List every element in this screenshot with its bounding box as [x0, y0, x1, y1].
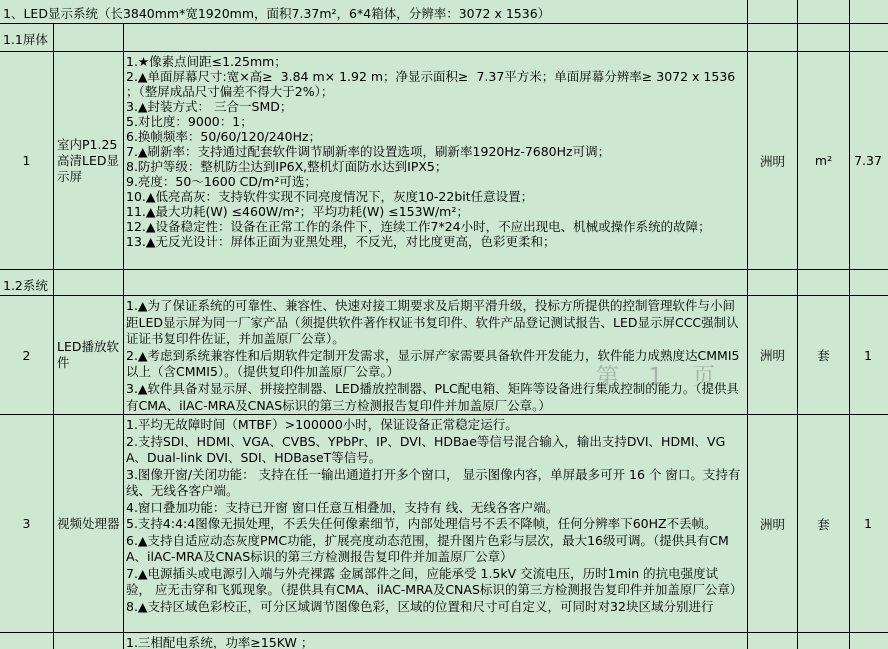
- empty-cell: [124, 24, 748, 51]
- empty-cell: [798, 633, 850, 649]
- empty-cell: [748, 633, 798, 649]
- table-row-section-2: 1.2系统: [0, 270, 888, 296]
- item-2-brand: 洲明: [748, 296, 798, 414]
- item-2-spec: 1.▲为了保证系统的可靠性、兼容性、快速对接工期要求及后期平滑升级，投标方所提供…: [124, 296, 748, 414]
- empty-cell: [798, 270, 850, 295]
- item-2-qty: 1: [850, 296, 886, 414]
- item-1-brand: 洲明: [748, 52, 798, 269]
- empty-cell: [54, 270, 124, 295]
- item-2-unit: 套: [798, 296, 850, 414]
- item-1-spec: 1.★像素点间距≤1.25mm； 2.▲单面屏幕尺寸:宽×高≥ 3.84 m× …: [124, 52, 748, 269]
- empty-cell: [798, 0, 850, 23]
- section-2-label: 1.2系统: [0, 270, 54, 295]
- table-row-item-3: 3 视频处理器 1.平均无故障时间（MTBF）>100000小时，保证设备正常稳…: [0, 415, 888, 633]
- item-1-no: 1: [0, 52, 54, 269]
- item-2-no: 2: [0, 296, 54, 414]
- table-row-item-1: 1 室内P1.25高清LED显示屏 1.★像素点间距≤1.25mm； 2.▲单面…: [0, 52, 888, 270]
- item-3-name: 视频处理器: [54, 415, 124, 632]
- empty-cell: [798, 24, 850, 51]
- empty-cell: [54, 633, 124, 649]
- empty-cell: [748, 270, 798, 295]
- empty-cell: [850, 270, 886, 295]
- item-1-name: 室内P1.25高清LED显示屏: [54, 52, 124, 269]
- table-row-item-4-partial: 1.三相配电系统，功率≥15KW ；: [0, 633, 888, 649]
- spec-table: 1、LED显示系统（长3840mm*宽1920mm，面积7.37m²，6*4箱体…: [0, 0, 888, 649]
- item-3-spec: 1.平均无故障时间（MTBF）>100000小时，保证设备正常稳定运行。 2.支…: [124, 415, 748, 632]
- item-4-spec: 1.三相配电系统，功率≥15KW ；: [124, 633, 748, 649]
- empty-cell: [850, 633, 886, 649]
- table-row-section-1: 1.1屏体: [0, 24, 888, 52]
- tender-spec-document: 第 1 页 1、LED显示系统（长3840mm*宽1920mm，面积7.37m²…: [0, 0, 888, 649]
- item-3-no: 3: [0, 415, 54, 632]
- empty-cell: [124, 270, 748, 295]
- system-title: 1、LED显示系统（长3840mm*宽1920mm，面积7.37m²，6*4箱体…: [0, 0, 748, 23]
- empty-cell: [748, 24, 798, 51]
- empty-cell: [850, 24, 886, 51]
- section-1-label: 1.1屏体: [0, 24, 54, 51]
- table-row-title: 1、LED显示系统（长3840mm*宽1920mm，面积7.37m²，6*4箱体…: [0, 0, 888, 24]
- item-3-brand: 洲明: [748, 415, 798, 632]
- empty-cell: [748, 0, 798, 23]
- item-2-name: LED播放软件: [54, 296, 124, 414]
- item-3-qty: 1: [850, 415, 886, 632]
- empty-cell: [54, 24, 124, 51]
- empty-cell: [0, 633, 54, 649]
- item-1-qty: 7.37: [850, 52, 886, 269]
- item-1-unit: m²: [798, 52, 850, 269]
- item-3-unit: 套: [798, 415, 850, 632]
- empty-cell: [850, 0, 886, 23]
- table-row-item-2: 2 LED播放软件 1.▲为了保证系统的可靠性、兼容性、快速对接工期要求及后期平…: [0, 296, 888, 415]
